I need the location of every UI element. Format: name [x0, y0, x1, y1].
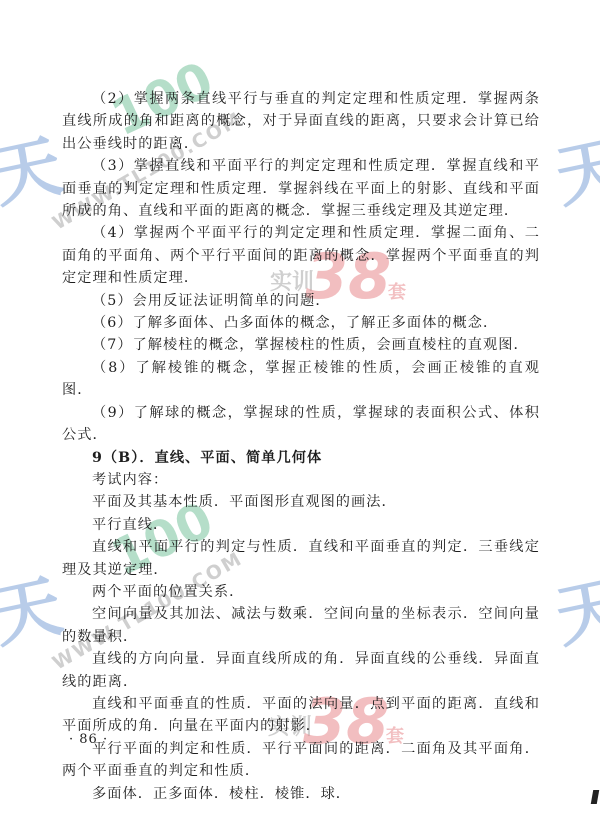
paragraph-item-4: （4）掌握两个平面平行的判定定理和性质定理．掌握二面角、二面角的平面角、两个平行… — [62, 222, 540, 289]
watermark-tian-left-top: 天 — [0, 112, 69, 221]
paragraph-item-8: （8）了解棱锥的概念，掌握正棱锥的性质，会画正棱锥的直观图． — [62, 357, 540, 402]
document-body: （2）掌握两条直线平行与垂直的判定定理和性质定理．掌握两条直线所成的角和距离的概… — [62, 88, 540, 805]
paragraph-item-7: （7）了解棱柱的概念，掌握棱柱的性质，会画直棱柱的直观图． — [62, 334, 540, 356]
paragraph-body: 平面及其基本性质．平面图形直观图的画法． — [62, 491, 540, 513]
watermark-tian-right-bottom: 天 — [546, 552, 600, 661]
paragraph-item-2: （2）掌握两条直线平行与垂直的判定定理和性质定理．掌握两条直线所成的角和距离的概… — [62, 88, 540, 155]
watermark-tian-left-bottom: 天 — [0, 552, 69, 661]
paragraph-body: 平行直线． — [62, 514, 540, 536]
watermark-tian-right-top: 天 — [546, 112, 600, 221]
paragraph-item-3: （3）掌握直线和平面平行的判定定理和性质定理．掌握直线和平面垂直的判定定理和性质… — [62, 155, 540, 222]
paragraph-body: 两个平面的位置关系． — [62, 581, 540, 603]
paragraph-body: 直线和平面垂直的性质．平面的法向量．点到平面的距离．直线和平面所成的角．向量在平… — [62, 693, 540, 738]
paragraph-body: 多面体．正多面体．棱柱．棱锥．球． — [62, 783, 540, 805]
section-heading: 9（B）．直线、平面、简单几何体 — [62, 447, 540, 469]
page-edge-mark — [591, 790, 599, 804]
document-page: 天 100 WWW.TL100.COM 天 实训 38 套 天 100 WWW.… — [0, 0, 600, 822]
paragraph-body: 直线的方向向量．异面直线所成的角．异面直线的公垂线．异面直线的距离． — [62, 648, 540, 693]
paragraph-body: 直线和平面平行的判定与性质．直线和平面垂直的判定．三垂线定理及其逆定理． — [62, 536, 540, 581]
paragraph-item-5: （5）会用反证法证明简单的问题． — [62, 290, 540, 312]
paragraph-exam-content-label: 考试内容： — [62, 469, 540, 491]
page-number: · 86 · — [69, 732, 108, 747]
paragraph-body: 平行平面的判定和性质．平行平面间的距离．二面角及其平面角．两个平面垂直的判定和性… — [62, 738, 540, 783]
paragraph-item-9: （9）了解球的概念，掌握球的性质，掌握球的表面积公式、体积公式． — [62, 402, 540, 447]
paragraph-item-6: （6）了解多面体、凸多面体的概念，了解正多面体的概念． — [62, 312, 540, 334]
paragraph-body: 空间向量及其加法、减法与数乘．空间向量的坐标表示．空间向量的数量积． — [62, 603, 540, 648]
